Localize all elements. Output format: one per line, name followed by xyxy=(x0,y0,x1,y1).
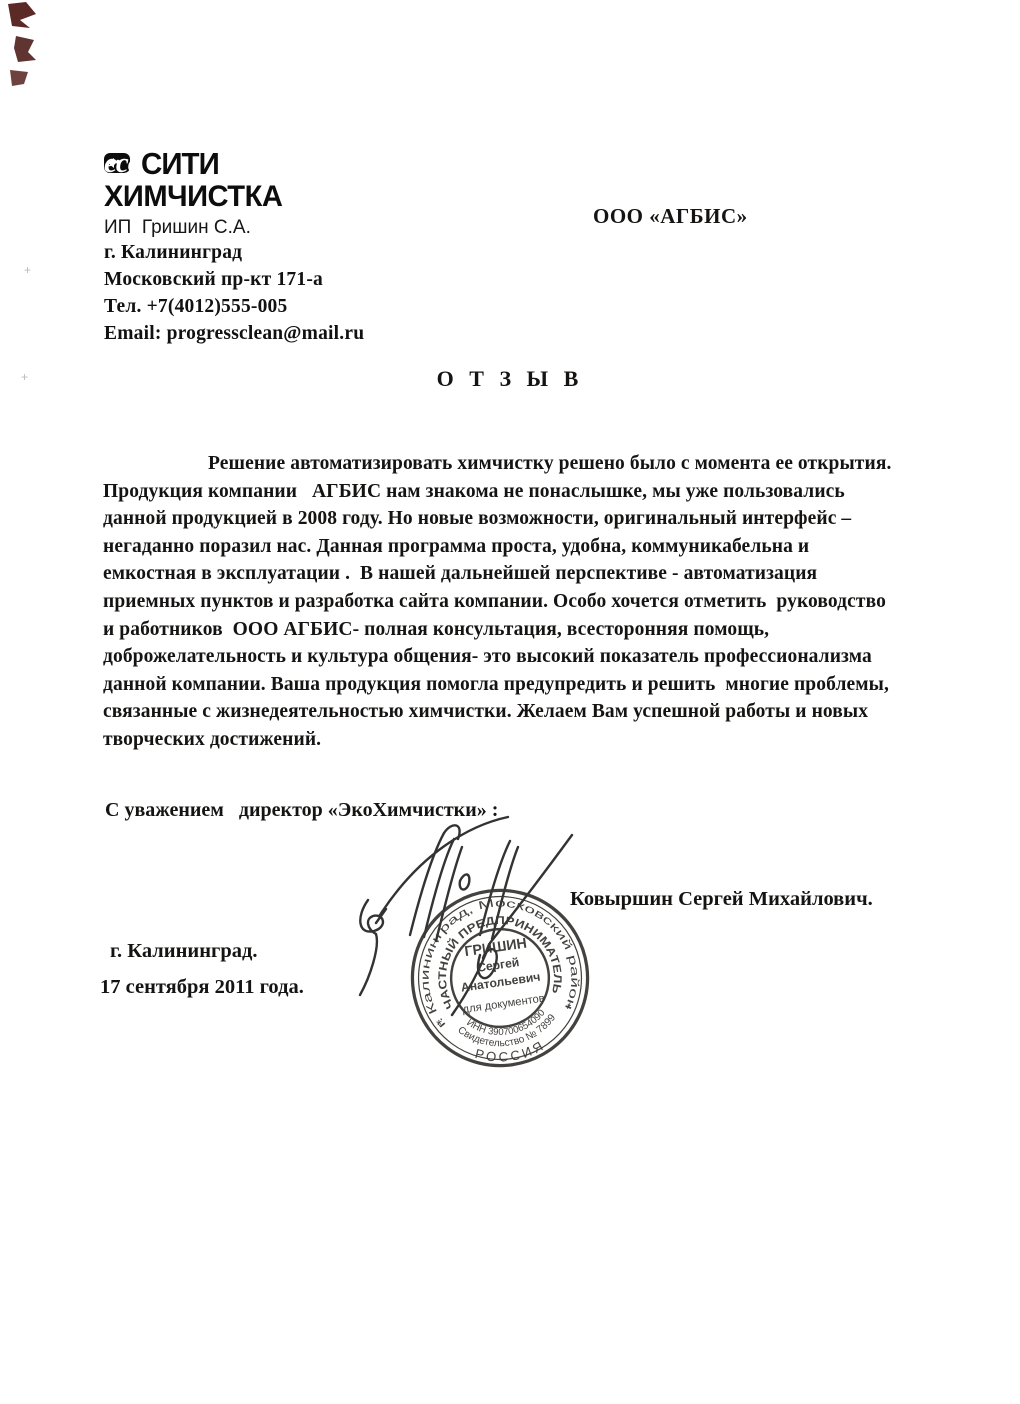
body-line: доброжелательность и культура общения- э… xyxy=(103,643,935,671)
stamp-center-patronymic: Анатольевич xyxy=(460,970,541,995)
signer-name: Ковыршин Сергей Михайлович. xyxy=(570,888,873,911)
letterhead-city: г. Калининград xyxy=(104,241,364,264)
closing-date: 17 сентября 2011 года. xyxy=(100,976,304,999)
closing-city: г. Калининград. xyxy=(110,940,257,963)
stamp-center-firstname: Сергей xyxy=(476,955,520,975)
round-stamp: г. Калининград, Московский район ЧАСТНЫЙ… xyxy=(374,852,627,1105)
letter-body: Решение автоматизировать химчистку решен… xyxy=(103,450,935,754)
logo-line2: ХИМЧИСТКА xyxy=(104,182,356,212)
scan-artifact-speck: + xyxy=(24,263,31,277)
body-line: Продукция компании АГБИС нам знакома не … xyxy=(103,478,935,506)
body-line: данной компании. Ваша продукция помогла … xyxy=(103,671,935,699)
recipient: ООО «АГБИС» xyxy=(593,204,748,229)
body-line: Решение автоматизировать химчистку решен… xyxy=(103,450,935,478)
company-logo: eco СИТИ xyxy=(104,146,364,180)
body-line: связанные с жизнедеятельностью химчистки… xyxy=(103,698,935,726)
body-line: емкостная в эксплуатации . В нашей дальн… xyxy=(103,560,935,588)
letterhead-email: Email: progressclean@mail.ru xyxy=(104,322,364,345)
scanned-letter-page: + + eco СИТИ ХИМЧИСТКА ИП Гришин С.А. г.… xyxy=(0,0,1020,1404)
logo-eco-text: eco xyxy=(104,149,141,178)
letterhead-address: Московский пр-кт 171-а xyxy=(104,268,364,291)
body-line: приемных пунктов и разработка сайта комп… xyxy=(103,588,935,616)
letterhead-phone: Тел. +7(4012)555-005 xyxy=(104,295,364,318)
scan-artifact-corner-marks xyxy=(0,0,60,100)
body-line: творческих достижений. xyxy=(103,726,935,754)
letterhead: eco СИТИ ХИМЧИСТКА ИП Гришин С.А. г. Кал… xyxy=(104,146,364,345)
logo-city-text: СИТИ xyxy=(141,148,219,179)
document-title: О Т З Ы В xyxy=(0,366,1020,392)
letterhead-owner: ИП Гришин С.А. xyxy=(104,218,364,237)
body-line: и работников ООО АГБИС- полная консульта… xyxy=(103,616,935,644)
body-line: данной продукцией в 2008 году. Но новые … xyxy=(103,505,935,533)
body-line: негаданно поразил нас. Данная программа … xyxy=(103,533,935,561)
